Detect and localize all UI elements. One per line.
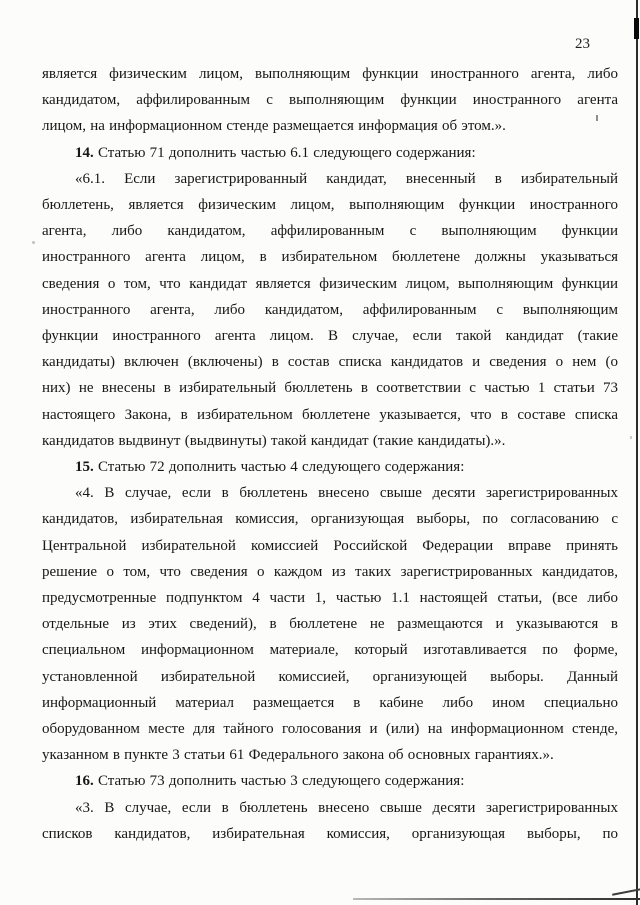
text-line: указанном в пункте 3 статьи 61 Федеральн… xyxy=(42,742,618,768)
text-line: «6.1. Если зарегистрированный кандидат, … xyxy=(42,166,618,192)
text-line: отдельные из этих сведений), в бюллетене… xyxy=(42,611,618,637)
text-line: них) не внесены в избирательный бюллетен… xyxy=(42,375,618,401)
text-line: «3. В случае, если в бюллетень внесено с… xyxy=(42,795,618,821)
text-line: кандидатов, избирательная комиссия, орга… xyxy=(42,506,618,532)
text-line: предусмотренные подпунктом 4 части 1, ча… xyxy=(42,585,618,611)
text-line: информационный материал размещается в ка… xyxy=(42,690,618,716)
text-line: кандидатом, аффилированным с выполняющим… xyxy=(42,87,618,113)
item-number: 15. xyxy=(75,459,94,475)
item-number: 16. xyxy=(75,773,94,789)
text-line: решение о том, что сведения о каждом из … xyxy=(42,559,618,585)
scan-right-edge-line xyxy=(636,0,638,905)
text-line: кандидатов выдвинут (выдвинуты) такой ка… xyxy=(42,428,618,454)
text-line: оборудованном месте для тайного голосова… xyxy=(42,716,618,742)
scanned-page: 23 является физическим лицом, выполняющи… xyxy=(0,0,640,905)
document-body: является физическим лицом, выполняющим ф… xyxy=(42,61,618,847)
text-line: 15. Статью 72 дополнить частью 4 следующ… xyxy=(42,454,618,480)
text-line: является физическим лицом, выполняющим ф… xyxy=(42,61,618,87)
text-line: специальном информационном материале, ко… xyxy=(42,637,618,663)
text-line: списков кандидатов, избирательная комисс… xyxy=(42,821,618,847)
text-line: установленной избирательной комиссией, о… xyxy=(42,664,618,690)
text-line: лицом, на информационном стенде размещае… xyxy=(42,113,618,139)
text-line: иностранного агента лицом, в избирательн… xyxy=(42,244,618,270)
text-line: «4. В случае, если в бюллетень внесено с… xyxy=(42,480,618,506)
scan-speckle xyxy=(596,115,598,121)
text-line: настоящего Закона, в избирательном бюлле… xyxy=(42,402,618,428)
item-number: 14. xyxy=(75,145,94,161)
scan-speckle xyxy=(32,241,35,244)
text-line: Центральной избирательной комиссией Росс… xyxy=(42,533,618,559)
page-number: 23 xyxy=(575,36,590,53)
text-line: сведения о том, что кандидат является фи… xyxy=(42,271,618,297)
text-line: функции иностранного агента лицом. В слу… xyxy=(42,323,618,349)
text-line: бюллетень, является физическим лицом, вы… xyxy=(42,192,618,218)
text-line: 16. Статью 73 дополнить частью 3 следующ… xyxy=(42,768,618,794)
scan-edge-artifact xyxy=(634,18,639,39)
text-line: иностранного агента, либо кандидатом, аф… xyxy=(42,297,618,323)
text-line: 14. Статью 71 дополнить частью 6.1 следу… xyxy=(42,140,618,166)
scan-bottom-edge-line xyxy=(353,898,640,900)
text-line: агента, либо кандидатом, аффилированным … xyxy=(42,218,618,244)
text-line: кандидаты) включен (включены) в состав с… xyxy=(42,349,618,375)
scan-speckle xyxy=(630,436,632,439)
